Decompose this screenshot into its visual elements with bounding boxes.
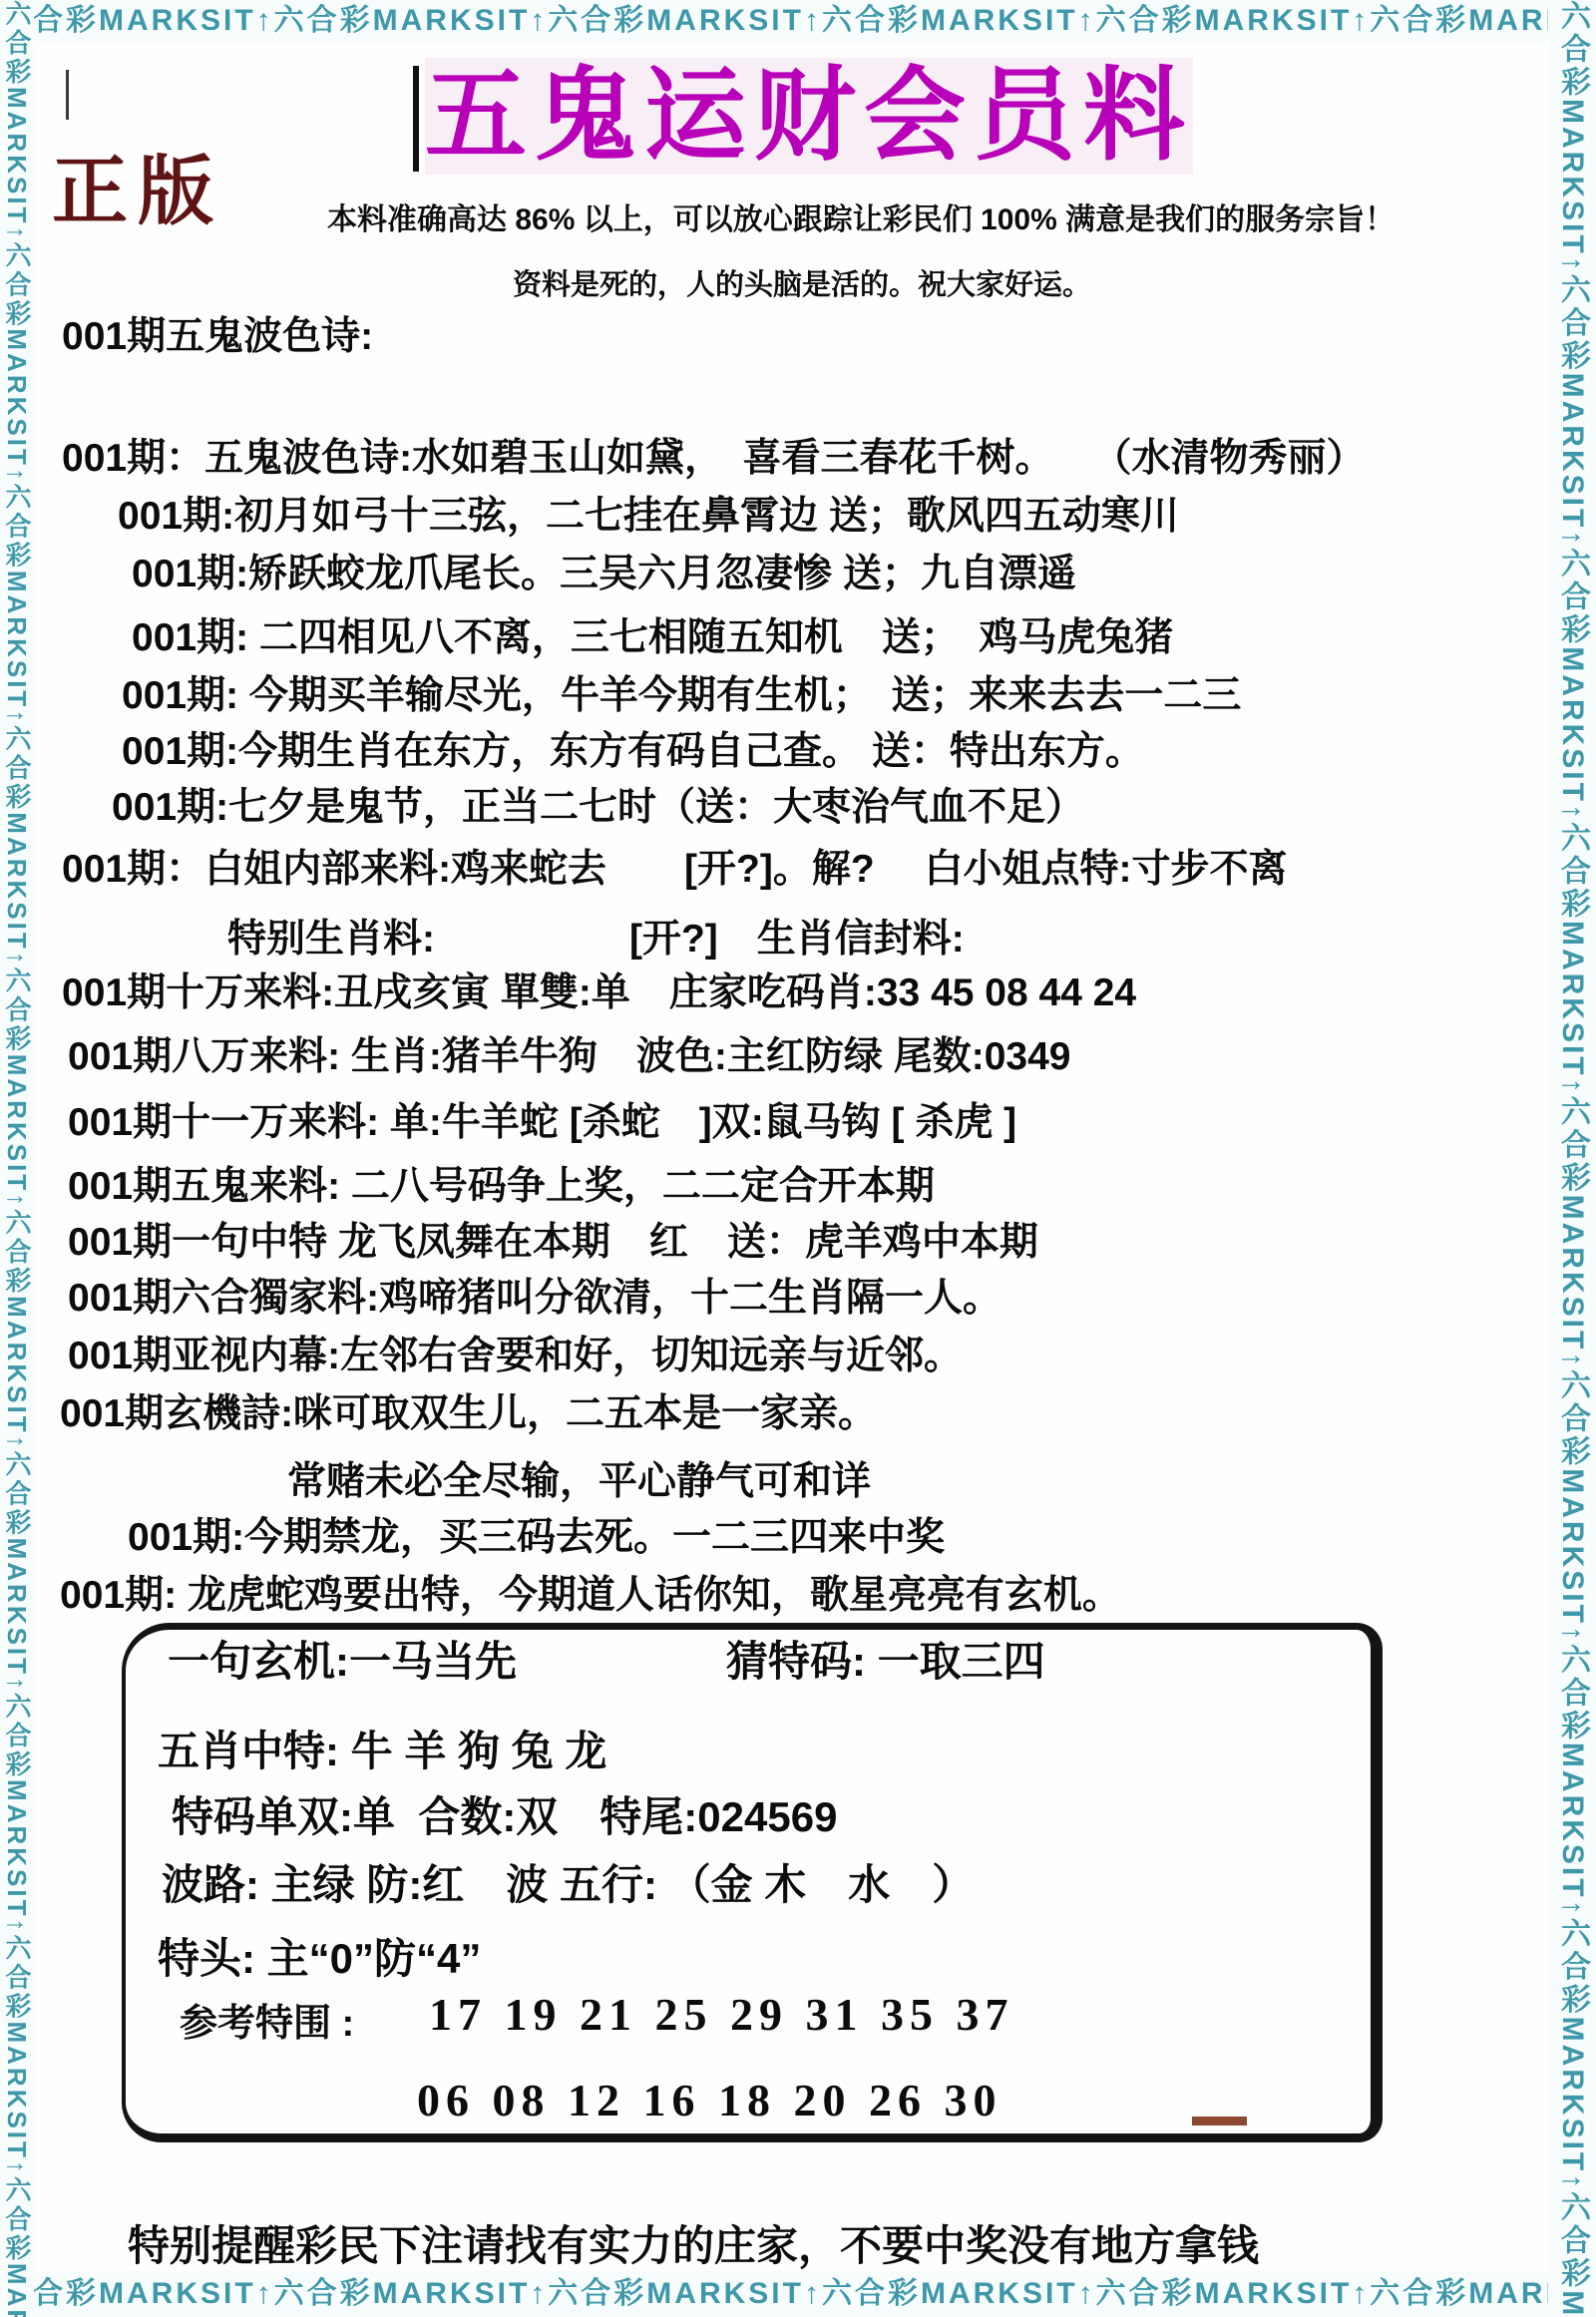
red-ink-mark	[1192, 2117, 1247, 2125]
border-pattern-right: 六合彩MARKSIT↑六合彩MARKSIT↑六合彩MARKSIT↑六合彩MARK…	[1548, 0, 1596, 2317]
sheet-line: 001期六合獨家料:鸡啼猪叫分欲清，十二生肖隔一人。	[68, 1277, 1001, 1322]
accuracy-subtitle: 本料准确高达 86% 以上，可以放心跟踪让彩民们 100% 满意是我们的服务宗旨…	[327, 203, 1395, 238]
sheet-line: 001期:今期禁龙，买三码去死。一二三四来中奖	[128, 1516, 945, 1561]
sheet-line: 001期五鬼波色诗:	[62, 315, 373, 360]
sheet-line: 001期十一万来料: 单:牛羊蛇 [杀蛇 ]双:鼠马钩 [ 杀虎 ]	[68, 1101, 1016, 1146]
border-pattern-left: 六合彩MARKSIT↑六合彩MARKSIT↑六合彩MARKSIT↑六合彩MARK…	[0, 0, 34, 2317]
title-divider-bar	[413, 66, 419, 172]
motto-subtitle: 资料是死的，人的头脑是活的。祝大家好运。	[513, 269, 1091, 302]
sheet-line: 001期: 今期买羊输尽光，牛羊今期有生机； 送；来来去去一二三	[122, 674, 1241, 719]
sheet-line: 001期玄機詩:咪可取双生儿，二五本是一家亲。	[60, 1392, 877, 1437]
box-line-mystery-phrase: 一句玄机:一马当先 猜特码: 一取三四	[168, 1638, 1045, 1686]
sheet-line: 001期一句中特 龙飞凤舞在本期 红 送：虎羊鸡中本期	[68, 1221, 1038, 1266]
box-line-wave-elements: 波路: 主绿 防:红 波 五行: （金 木 水 ）	[162, 1861, 974, 1909]
page-title: 五鬼运财会员料	[425, 58, 1193, 175]
sheet-line: 001期十万来料:丑戌亥寅 單雙:单 庄家吃码肖:33 45 08 44 24	[62, 971, 1136, 1016]
reference-numbers-row2: 06 08 12 16 18 20 26 30	[417, 2075, 1002, 2127]
sheet-line: 001期:初月如弓十三弦，二七挂在鼻霄边 送；歌风四五动寒川	[118, 495, 1179, 540]
box-line-five-zodiac: 五肖中特: 牛 羊 狗 兔 龙	[158, 1728, 606, 1775]
sheet-line: 001期八万来料: 生肖:猪羊牛狗 波色:主红防绿 尾数:0349	[68, 1035, 1070, 1080]
footer-warning: 特别提醒彩民下注请找有实力的庄家，不要中奖没有地方拿钱	[128, 2222, 1259, 2270]
scanned-lottery-sheet: { "colors": { "title_magenta": "#b800b8"…	[0, 0, 1596, 2317]
sheet-line: 001期:今期生肖在东方，东方有码自己查。 送：特出东方。	[122, 730, 1144, 775]
sheet-line: 特别生肖料: [开?] 生肖信封料:	[227, 918, 965, 963]
scan-artifact-tick	[66, 70, 69, 120]
sheet-line: 001期: 二四相见八不离，三七相随五知机 送； 鸡马虎兔猪	[132, 616, 1173, 661]
sheet-line: 001期亚视内幕:左邻右舍要和好，切知远亲与近邻。	[68, 1335, 963, 1379]
border-pattern-top: 六合彩MARKSIT↑六合彩MARKSIT↑六合彩MARKSIT↑六合彩MARK…	[0, 0, 1596, 42]
sheet-line: 001期五鬼来料: 二八号码争上奖，二二定合开本期	[68, 1165, 935, 1210]
sheet-line: 001期：五鬼波色诗:水如碧玉山如黛， 喜看三春花千树。 （水清物秀丽）	[62, 437, 1366, 482]
box-line-odd-even-tail: 特码单双:单 合数:双 特尾:024569	[172, 1793, 837, 1841]
sheet-line: 常赌未必全尽输，平心静气可和详	[287, 1460, 871, 1505]
box-line-special-head: 特头: 主“0”防“4”	[158, 1935, 481, 1983]
authenticity-stamp: 正版	[52, 150, 223, 236]
sheet-line: 001期: 龙虎蛇鸡要出特，今期道人话你知，歌星亮亮有玄机。	[60, 1574, 1121, 1619]
reference-range-label: 参考特围 :	[180, 2003, 354, 2047]
sheet-line: 001期:七夕是鬼节，正当二七时（送：大枣治气血不足）	[112, 786, 1084, 831]
sheet-line: 001期:矫跃蛟龙爪尾长。三吴六月忽凄惨 送；九自漂遥	[132, 553, 1076, 597]
border-pattern-bottom: 六合彩MARKSIT↑六合彩MARKSIT↑六合彩MARKSIT↑六合彩MARK…	[0, 2271, 1596, 2317]
sheet-line: 001期：白姐内部来料:鸡来蛇去 [开?]。解? 白小姐点特:寸步不离	[62, 848, 1288, 893]
reference-numbers-row1: 17 19 21 25 29 31 35 37	[429, 1989, 1014, 2042]
